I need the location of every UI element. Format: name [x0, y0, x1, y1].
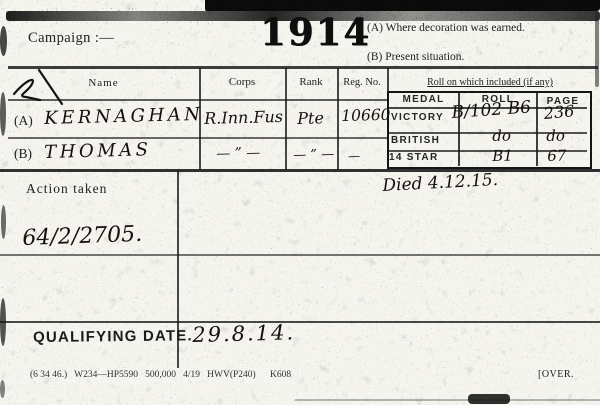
roll-table-caption: Roll on which included (if any)	[387, 77, 593, 88]
qualifying-date-label: QUALIFYING DATE.	[33, 327, 193, 346]
medal-victory-label: VICTORY	[391, 112, 444, 123]
name-table-row-line	[8, 137, 387, 139]
row-b-prefix: (B)	[14, 146, 32, 162]
year-heading: 1914	[260, 10, 371, 54]
death-note: Died 4.12.15.	[382, 170, 499, 196]
medal-british-page: do	[546, 127, 565, 145]
row-a-reg-no: 10660	[341, 106, 391, 125]
scan-noise-blob	[1, 205, 6, 239]
handwritten-check-mark	[6, 62, 76, 110]
row-b-reg-no-ditto: —	[348, 149, 360, 163]
scan-bottom-edge-line	[295, 399, 600, 401]
action-reference: 64/2/2705.	[22, 222, 143, 251]
row-a-corps: R.Inn.Fus	[204, 107, 283, 128]
action-taken-label: Action taken	[26, 181, 107, 197]
medal-victory-page: 236	[543, 101, 575, 123]
row-a-rank: Pte	[297, 108, 324, 128]
scan-noise-blob	[0, 26, 7, 56]
medal-british-label: BRITISH	[391, 135, 440, 146]
row-b-rank-ditto: — ” —	[293, 147, 334, 163]
row-b-corps-ditto: — ” —	[216, 145, 260, 162]
medal-14star-label: 14 STAR	[389, 152, 438, 163]
column-header-reg-no: Reg. No.	[337, 77, 387, 88]
column-header-corps: Corps	[199, 76, 285, 88]
row-a-prefix: (A)	[14, 113, 33, 129]
row-b-name: THOMAS	[44, 139, 152, 163]
campaign-label: Campaign :—	[28, 30, 114, 47]
medal-14star-roll: B1	[492, 146, 513, 165]
medal-14star-page: 67	[547, 147, 567, 165]
scan-noise-blob	[0, 380, 5, 398]
qualifying-date-value: 29.8.14.	[192, 320, 295, 347]
note-present-situation: (B) Present situation.	[367, 51, 464, 63]
medal-british-roll: do	[492, 127, 511, 145]
column-header-rank: Rank	[285, 76, 337, 88]
printer-imprint: (6 34 46.) W234—HP5590 500,000 4/19 HWV(…	[30, 370, 291, 380]
medal-index-card-scan: Campaign :— 1914 (A) Where decoration wa…	[0, 0, 600, 405]
rule-header	[8, 66, 598, 69]
row-a-name: KERNAGHAN	[44, 104, 204, 129]
scan-edge-right-streak	[595, 12, 599, 87]
roll-header-medal: MEDAL	[389, 94, 458, 105]
over-note: [OVER.	[538, 369, 574, 380]
rule-qualifying	[0, 321, 600, 323]
name-table-bottom-line	[0, 169, 600, 172]
note-where-earned: (A) Where decoration was earned.	[367, 22, 525, 34]
rule-mid	[0, 254, 600, 256]
